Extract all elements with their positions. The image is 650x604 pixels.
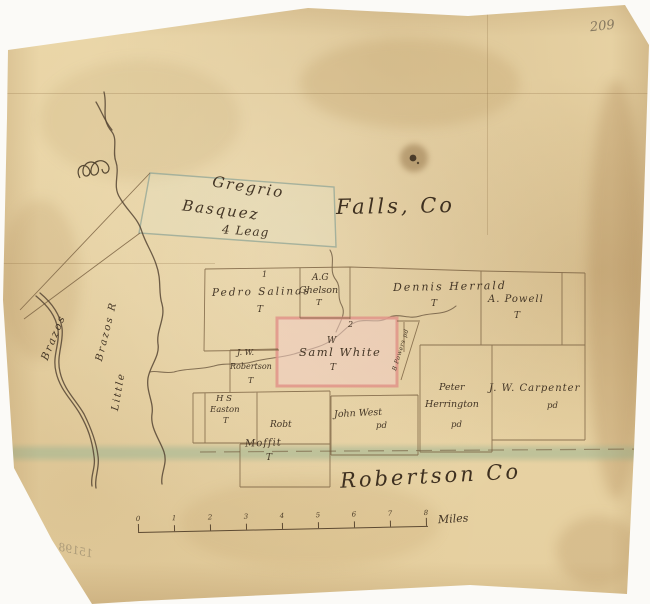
scale-tick-label: 4 (280, 512, 285, 520)
survey-lines (20, 173, 150, 319)
scale-unit-label: Miles (438, 513, 469, 526)
brazos-river-path (36, 293, 98, 488)
county-label-falls: Falls, Co (336, 195, 455, 218)
scale-tick-label: 2 (208, 513, 213, 521)
docket-number-mirrored: 1836½-2 (89, 10, 164, 33)
parcel-robertson-line2: Robertson (230, 363, 272, 371)
parcel-salinas-name: Pedro Salinas (212, 286, 311, 298)
scale-tick (246, 524, 247, 530)
scale-tick-label: 8 (424, 509, 429, 517)
parcel-robt-name: Robt (270, 421, 292, 430)
parcel-powell-mark: T (514, 312, 520, 321)
grant-label-size: 4 Leag (222, 223, 270, 238)
parcel-west-mark: pd (376, 422, 387, 431)
parcel-carpenter-mark: pd (547, 402, 558, 411)
scale-tick (210, 524, 211, 530)
parcel-west-name: John West (334, 408, 383, 420)
parcel-gholson-line2: Ghelson (299, 286, 338, 296)
scale-tick-label: 3 (244, 513, 249, 521)
parcel-easton-mark: T (223, 417, 228, 425)
parcel-moffit-name: Moffit (245, 438, 282, 449)
parcel-herrald-name: Dennis Herrald (393, 280, 507, 293)
parcel-salinas-mark: T (257, 306, 263, 315)
parcel-powell-name: A. Powell (488, 295, 544, 305)
map-paper-sheet: 1836½-2 209 15198 Falls, Co Robertson Co… (0, 0, 650, 604)
scanned-survey-map: 1836½-2 209 15198 Falls, Co Robertson Co… (0, 0, 650, 604)
scale-tick-label: 6 (352, 510, 357, 518)
parcel-herrald-mark: T (431, 300, 437, 309)
parcel-carpenter-name: J. W. Carpenter (489, 384, 580, 394)
parcel-white-mark: T (330, 364, 336, 373)
parcel-white-number: 2 (348, 321, 353, 329)
parcel-moffit-mark: T (266, 454, 272, 463)
little-brazos-river-path (96, 92, 165, 484)
scale-tick-label: 1 (172, 514, 177, 522)
ink-blot (410, 155, 417, 162)
parcel-easton-line1: H S (216, 395, 232, 404)
parcel-easton-line2: Easton (210, 406, 240, 415)
scale-tick (138, 524, 139, 532)
parcel-robertson-mark: T (248, 377, 253, 385)
scale-tick (390, 521, 391, 527)
parcel-gholson-mark: T (316, 299, 322, 308)
ink-blot (417, 162, 419, 164)
parcel-herrington-mark: pd (451, 421, 462, 430)
scale-tick-label: 0 (136, 515, 141, 523)
flourish-mark (78, 161, 109, 178)
scale-tick (174, 525, 175, 531)
parcel-robertson-line1: J. W. (237, 349, 254, 357)
page-number: 209 (589, 19, 615, 35)
parcel-gholson-line1: A.G (312, 274, 329, 283)
parcel-salinas-number: 1 (262, 271, 267, 279)
scale-tick (282, 523, 283, 529)
scale-tick (426, 518, 427, 526)
scale-bar-line (138, 526, 428, 533)
scale-tick-label: 5 (316, 511, 321, 519)
scale-tick (354, 521, 355, 527)
parcel-herrington-line2: Herrington (425, 400, 479, 410)
scale-tick-label: 7 (388, 510, 393, 518)
parcel-white-name: Saml White (299, 347, 381, 359)
parcel-herrington-line1: Peter (439, 383, 465, 393)
scale-tick (318, 522, 319, 528)
